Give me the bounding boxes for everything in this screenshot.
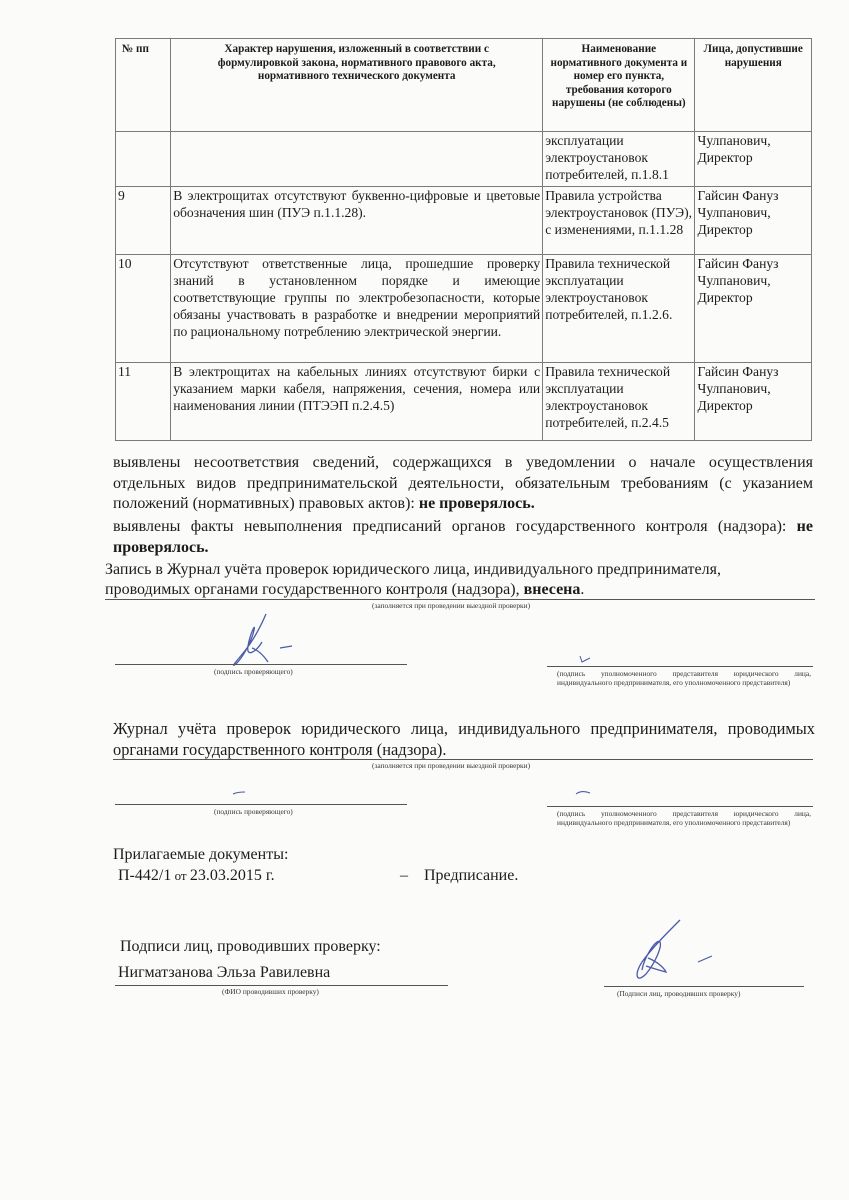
signatures-title: Подписи лиц, проводивших проверку: bbox=[120, 937, 381, 957]
header-violation: Характер нарушения, изложенный в соответ… bbox=[171, 39, 543, 132]
inspector-sig-line-2 bbox=[115, 804, 407, 805]
journal-entry-line2: проводимых органами государственного кон… bbox=[105, 580, 584, 600]
finding-notification: выявлены несоответствия сведений, содерж… bbox=[113, 453, 813, 515]
header-num: № пп bbox=[116, 39, 171, 132]
row-document: Правила технической эксплуатации электро… bbox=[543, 363, 695, 441]
journal-absent-hint: (заполняется при проведении выездной про… bbox=[372, 761, 530, 770]
inspector-sig-caption-2: (подпись проверяющего) bbox=[214, 807, 293, 816]
journal-absent-rule bbox=[113, 759, 813, 760]
finding-prescriptions: выявлены факты невыполнения предписаний … bbox=[113, 517, 813, 558]
attachments-title: Прилагаемые документы: bbox=[113, 845, 288, 865]
header-document: Наименование нормативного документа и но… bbox=[543, 39, 695, 132]
header-persons: Лица, допустившие нарушения bbox=[695, 39, 812, 132]
row-persons: Чулпанович, Директор bbox=[695, 132, 812, 187]
table-row: 11 В электрощитах на кабельных линиях от… bbox=[116, 363, 812, 441]
journal-entry-rule bbox=[105, 599, 815, 600]
journal-entry-hint: (заполняется при проведении выездной про… bbox=[372, 601, 530, 610]
attachment-dash: – bbox=[400, 866, 408, 886]
representative-sig-line bbox=[547, 666, 813, 667]
row-persons: Гайсин Фануз Чулпанович, Директор bbox=[695, 187, 812, 255]
row-persons: Гайсин Фануз Чулпанович, Директор bbox=[695, 255, 812, 363]
finding-notification-result: не проверялось. bbox=[419, 495, 535, 512]
row-num: 10 bbox=[116, 255, 171, 363]
row-document: эксплуатации электроустановок потребител… bbox=[543, 132, 695, 187]
row-violation: В электрощитах отсутствуют буквенно-цифр… bbox=[171, 187, 543, 255]
row-violation: В электрощитах на кабельных линиях отсут… bbox=[171, 363, 543, 441]
attachment-doc-name: Предписание. bbox=[424, 866, 518, 886]
table-row: 9 В электрощитах отсутствуют буквенно-ци… bbox=[116, 187, 812, 255]
inspector-sig-line bbox=[115, 664, 407, 665]
row-document: Правила технической эксплуатации электро… bbox=[543, 255, 695, 363]
row-num: 11 bbox=[116, 363, 171, 441]
final-sig-line bbox=[604, 986, 804, 987]
inspector-name-line bbox=[115, 985, 448, 986]
representative-sig-caption: (подпись уполномоченного представителя ю… bbox=[557, 669, 811, 687]
attachment-doc-ref: П-442/1 от 23.03.2015 г. bbox=[118, 866, 275, 886]
row-violation bbox=[171, 132, 543, 187]
journal-absent-text: Журнал учёта проверок юридического лица,… bbox=[113, 719, 815, 760]
row-persons: Гайсин Фануз Чулпанович, Директор bbox=[695, 363, 812, 441]
table-row: эксплуатации электроустановок потребител… bbox=[116, 132, 812, 187]
representative-mark-icon-2 bbox=[575, 790, 591, 796]
representative-mark-icon bbox=[578, 654, 592, 664]
row-violation: Отсутствуют ответственные лица, прошедши… bbox=[171, 255, 543, 363]
inspector-name: Нигматзанова Эльза Равилевна bbox=[118, 963, 330, 983]
final-signature-icon bbox=[602, 918, 732, 988]
violations-table: № пп Характер нарушения, изложенный в со… bbox=[115, 38, 812, 441]
representative-sig-caption-2: (подпись уполномоченного представителя ю… bbox=[557, 809, 811, 827]
table-row: 10 Отсутствуют ответственные лица, проше… bbox=[116, 255, 812, 363]
journal-entry-line1: Запись в Журнал учёта проверок юридическ… bbox=[105, 560, 721, 580]
row-document: Правила устройства электроустановок (ПУЭ… bbox=[543, 187, 695, 255]
final-sig-hint: (Подписи лиц, проводивших проверку) bbox=[617, 989, 740, 998]
inspector-mark-icon bbox=[232, 790, 246, 796]
journal-entry-status: внесена bbox=[524, 581, 581, 598]
row-num: 9 bbox=[116, 187, 171, 255]
inspector-name-hint: (ФИО проводивших проверку) bbox=[222, 987, 319, 996]
inspector-sig-caption: (подпись проверяющего) bbox=[214, 667, 293, 676]
table-header-row: № пп Характер нарушения, изложенный в со… bbox=[116, 39, 812, 132]
row-num bbox=[116, 132, 171, 187]
representative-sig-line-2 bbox=[547, 806, 813, 807]
inspector-signature-icon bbox=[222, 612, 322, 670]
